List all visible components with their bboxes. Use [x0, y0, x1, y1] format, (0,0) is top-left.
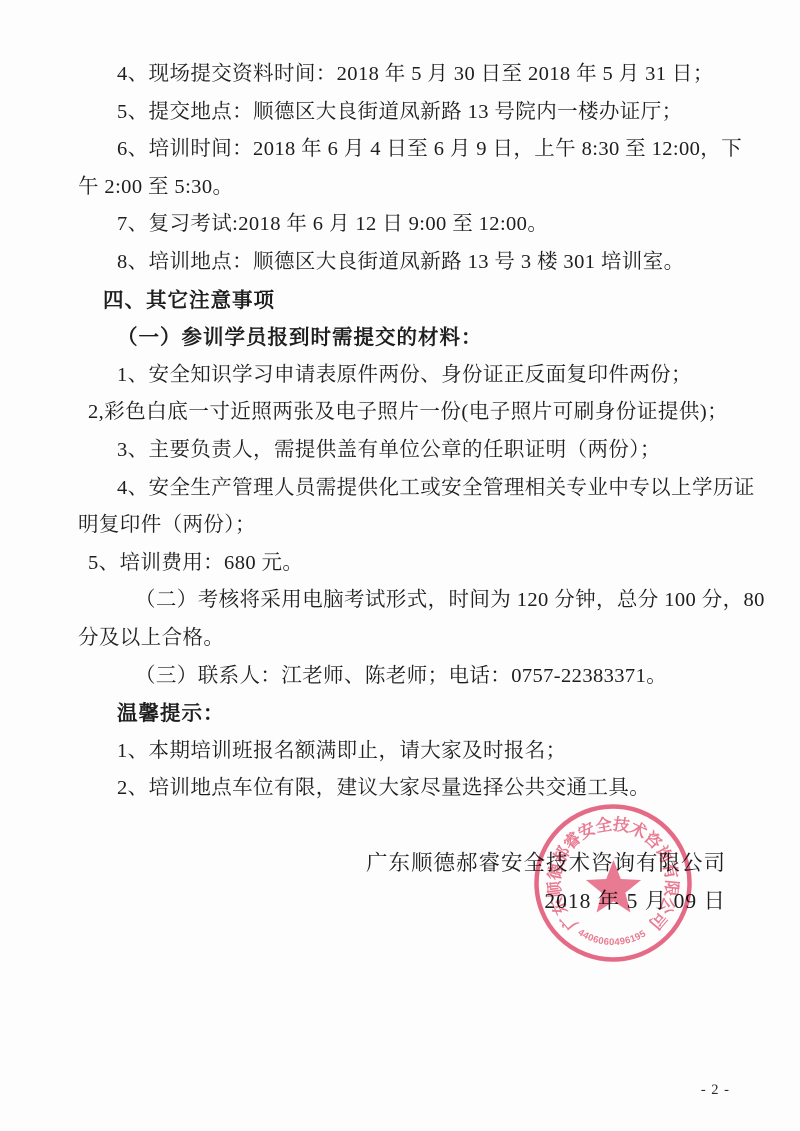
text-line: 午 2:00 至 5:30。: [78, 169, 728, 207]
text-line: （二）考核将采用电脑考试形式，时间为 120 分钟，总分 100 分，80: [78, 582, 728, 620]
page-number: - 2 -: [701, 1080, 730, 1100]
text-line: 4、安全生产管理人员需提供化工或安全管理相关专业中专以上学历证: [78, 470, 728, 508]
text-line: 2,彩色白底一寸近照两张及电子照片一份(电子照片可刷身份证提供)；: [78, 394, 728, 432]
document-body: 4、现场提交资料时间：2018 年 5 月 30 日至 2018 年 5 月 3…: [78, 56, 728, 921]
text-line: 5、提交地点：顺德区大良街道凤新路 13 号院内一楼办证厅；: [78, 94, 728, 132]
text-line: 7、复习考试:2018 年 6 月 12 日 9:00 至 12:00。: [78, 206, 728, 244]
document-lines: 4、现场提交资料时间：2018 年 5 月 30 日至 2018 年 5 月 3…: [78, 56, 728, 808]
text-line: 2、培训地点车位有限，建议大家尽量选择公共交通工具。: [78, 770, 728, 808]
text-line: 8、培训地点：顺德区大良街道凤新路 13 号 3 楼 301 培训室。: [78, 244, 728, 282]
text-line: 明复印件（两份）；: [78, 507, 728, 545]
text-line: 温馨提示：: [78, 695, 728, 733]
text-line: 3、主要负责人，需提供盖有单位公章的任职证明（两份）；: [78, 432, 728, 470]
text-line: 5、培训费用：680 元。: [78, 545, 728, 583]
document-page: 4、现场提交资料时间：2018 年 5 月 30 日至 2018 年 5 月 3…: [0, 0, 800, 1131]
signature-date: 2018 年 5 月 09 日: [78, 883, 728, 921]
text-line: 分及以上合格。: [78, 620, 728, 658]
text-line: 1、安全知识学习申请表原件两份、身份证正反面复印件两份；: [78, 357, 728, 395]
blank-line: [78, 808, 728, 846]
text-line: （一）参训学员报到时需提交的材料：: [78, 319, 728, 357]
text-line: 四、其它注意事项: [78, 282, 728, 320]
signature-company: 广东顺德郝睿安全技术咨询有限公司: [78, 845, 728, 883]
text-line: 1、本期培训班报名额满即止，请大家及时报名；: [78, 733, 728, 771]
text-line: 6、培训时间：2018 年 6 月 4 日至 6 月 9 日，上午 8:30 至…: [78, 131, 728, 169]
text-line: 4、现场提交资料时间：2018 年 5 月 30 日至 2018 年 5 月 3…: [78, 56, 728, 94]
seal-serial-number: 4406060496195: [576, 927, 649, 948]
text-line: （三）联系人：江老师、陈老师；电话：0757-22383371。: [78, 658, 728, 696]
